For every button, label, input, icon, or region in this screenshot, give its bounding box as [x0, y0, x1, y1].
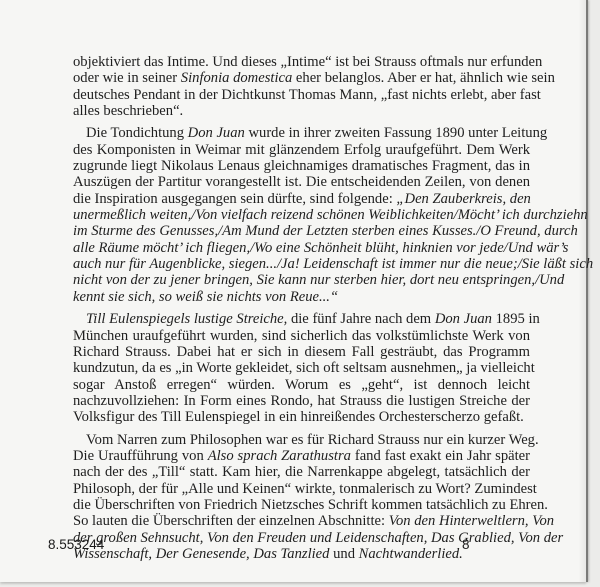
text-line: alles beschrieben“. [73, 103, 530, 119]
text-run: und [329, 546, 358, 562]
text-run: des Komponisten in Weimar mit glänzendem… [73, 142, 530, 158]
italic-text: der großen Sehnsucht, Von den Freuden un… [73, 530, 563, 546]
catalog-number: 8.553244 [48, 537, 104, 552]
text-line: zugrunde liegt Nikolaus Lenaus gleichnam… [73, 158, 530, 174]
text-run: Volksfigur des Till Eulenspiegel in ein … [73, 409, 524, 425]
paragraph-p3: Till Eulenspiegels lustige Streiche, die… [73, 311, 530, 425]
italic-text: unermeßlich weiten,/Von vielfach reizend… [73, 207, 588, 223]
booklet-page: objektiviert das Intime. Und dieses „Int… [0, 0, 586, 582]
text-line: Die Tondichtung Don Juan wurde in ihrer … [73, 125, 530, 141]
text-line: unermeßlich weiten,/Von vielfach reizend… [73, 207, 530, 223]
text-line: nicht von der zu jener bringen, Sie kann… [73, 272, 530, 288]
italic-text: alle Räume möcht’ ich fliegen,/Wo eine S… [73, 240, 568, 256]
paragraph-p1: objektiviert das Intime. Und dieses „Int… [73, 54, 530, 119]
body-text: objektiviert das Intime. Und dieses „Int… [73, 54, 530, 568]
text-run: Die Tondichtung [86, 125, 188, 141]
text-run: Philosoph, der für „Alle und Keinen“ wir… [73, 481, 537, 497]
text-run: die Überschriften von Friedrich Nietzsch… [73, 497, 548, 513]
text-line: kennt sie sich, so weiß sie nichts von R… [73, 289, 530, 305]
italic-text: kennt sie sich, so weiß sie nichts von R… [73, 289, 338, 305]
page-number: 8 [462, 537, 470, 552]
text-run: fand fast exakt ein Jahr später [351, 448, 530, 464]
text-run: deutsches Pendant in der Dichtkunst Thom… [73, 87, 541, 103]
italic-text: Sinfonia domestica [181, 70, 292, 86]
text-run: 1895 in [492, 311, 540, 327]
text-line: Till Eulenspiegels lustige Streiche, die… [73, 311, 530, 327]
text-run: Die Uraufführung von [73, 448, 208, 464]
text-run: die Inspiration ausgegangen sein dürfte,… [73, 191, 396, 207]
italic-text: Von den Hinterweltlern, Von [389, 513, 554, 529]
text-line: die Überschriften von Friedrich Nietzsch… [73, 497, 530, 513]
text-line: alle Räume möcht’ ich fliegen,/Wo eine S… [73, 240, 530, 256]
text-line: Volksfigur des Till Eulenspiegel in ein … [73, 409, 530, 425]
italic-text: auch nur für Augenblicke, siegen.../Ja! … [73, 256, 593, 272]
text-line: kundzutun, da es „in Worte gekleidet, si… [73, 360, 530, 376]
text-run: eher belanglos. Aber er hat, ähnlich wie… [292, 70, 555, 86]
text-run: sogar Anstoß erregen“ würden. Worum es „… [73, 377, 530, 393]
text-run: kundzutun, da es „in Worte gekleidet, si… [73, 360, 535, 376]
text-line: Philosoph, der für „Alle und Keinen“ wir… [73, 481, 530, 497]
text-line: auch nur für Augenblicke, siegen.../Ja! … [73, 256, 530, 272]
italic-text: „Den Zauberkreis, den [396, 191, 530, 207]
text-line: nachzuvollziehen: In Form eines Rondo, h… [73, 393, 530, 409]
italic-text: Till Eulenspiegels lustige Streiche, [86, 311, 287, 327]
text-run: wurde in ihrer zweiten Fassung 1890 unte… [245, 125, 547, 141]
italic-text: nicht von der zu jener bringen, Sie kann… [73, 272, 564, 288]
text-run: nach der des „Till“ statt. Kam hier, die… [73, 464, 530, 480]
text-run: Richard Strauss. Dabei hat er sich in di… [73, 344, 530, 360]
italic-text: Don Juan [435, 311, 492, 327]
italic-text: im Sturme des Genusses,/Am Mund der Letz… [73, 223, 578, 239]
text-run: oder wie in seiner [73, 70, 181, 86]
text-run: zugrunde liegt Nikolaus Lenaus gleichnam… [73, 158, 530, 174]
paragraph-p2: Die Tondichtung Don Juan wurde in ihrer … [73, 125, 530, 305]
text-line: Die Uraufführung von Also sprach Zarathu… [73, 448, 530, 464]
italic-text: Also sprach Zarathustra [208, 448, 351, 464]
text-run: Auszügen der Partitur vorangestellt ist.… [73, 174, 530, 190]
italic-text: Wissenschaft, Der Genesende, Das Tanzlie… [73, 546, 329, 562]
text-line: So lauten die Überschriften der einzelne… [73, 513, 530, 529]
text-line: nach der des „Till“ statt. Kam hier, die… [73, 464, 530, 480]
italic-text: Don Juan [188, 125, 245, 141]
text-line: im Sturme des Genusses,/Am Mund der Letz… [73, 223, 530, 239]
text-line: des Komponisten in Weimar mit glänzendem… [73, 142, 530, 158]
text-line: sogar Anstoß erregen“ würden. Worum es „… [73, 377, 530, 393]
page-edge-shadow [578, 0, 586, 582]
text-line: objektiviert das Intime. Und dieses „Int… [73, 54, 530, 70]
italic-text: Nachtwanderlied. [359, 546, 463, 562]
text-line: die Inspiration ausgegangen sein dürfte,… [73, 191, 530, 207]
text-run: Vom Narren zum Philosophen war es für Ri… [86, 432, 539, 448]
text-line: Auszügen der Partitur vorangestellt ist.… [73, 174, 530, 190]
text-run: objektiviert das Intime. Und dieses „Int… [73, 54, 542, 70]
text-line: München uraufgeführt wurden, sind sicher… [73, 328, 530, 344]
text-line: deutsches Pendant in der Dichtkunst Thom… [73, 87, 530, 103]
text-run: nachzuvollziehen: In Form eines Rondo, h… [73, 393, 530, 409]
text-run: die fünf Jahre nach dem [287, 311, 435, 327]
text-line: Richard Strauss. Dabei hat er sich in di… [73, 344, 530, 360]
text-line: oder wie in seiner Sinfonia domestica eh… [73, 70, 530, 86]
text-run: München uraufgeführt wurden, sind sicher… [73, 328, 530, 344]
text-run: alles beschrieben“. [73, 103, 183, 119]
text-line: Vom Narren zum Philosophen war es für Ri… [73, 432, 530, 448]
text-run: So lauten die Überschriften der einzelne… [73, 513, 389, 529]
